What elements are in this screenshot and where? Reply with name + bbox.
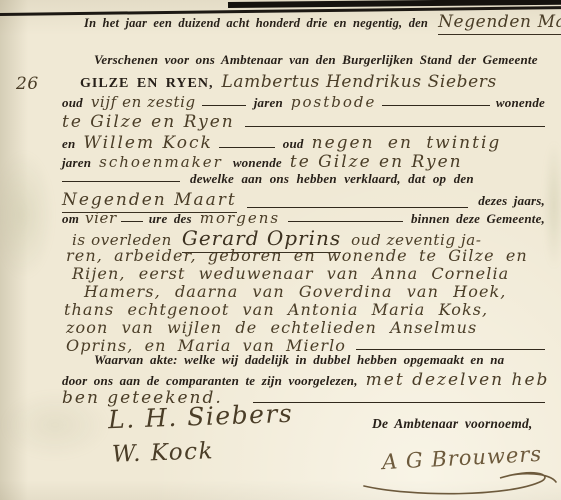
witness2-signature: W. Kock xyxy=(112,440,214,466)
year-line-printed: In het jaar een duizend acht honderd dri… xyxy=(84,16,428,31)
deceased-line6-hw: zoon van wijlen de echtelieden Anselmus xyxy=(66,318,477,337)
official-label: De Ambtenaar voornoemd, xyxy=(372,416,532,432)
deceased-detail-line: Rijen, eerst weduwenaar van Anna Corneli… xyxy=(72,264,509,283)
jaren-label: jaren xyxy=(254,95,283,111)
witness2-signature-text: W. Kock xyxy=(112,438,215,468)
declarant2-line: en Willem Kock oud negen en twintig xyxy=(62,133,545,153)
jaren-label2: jaren xyxy=(62,155,91,171)
oud-label: oud xyxy=(62,95,83,111)
act-number: 26 xyxy=(16,74,39,94)
declarant1-name-hw: Lambertus Hendrikus Siebers xyxy=(221,72,496,92)
bleedthrough-smudge xyxy=(0,150,54,280)
closing-hw1: met dezelven heb xyxy=(366,370,550,390)
declarant1-occupation-hw: postbode xyxy=(291,93,376,111)
dezes-jaars-printed: dezes jaars, xyxy=(478,193,545,209)
appeared-line: Verschenen voor ons Ambtenaar van den Bu… xyxy=(94,52,531,68)
closing-line-2: door ons aan de comparanten te zijn voor… xyxy=(62,370,545,390)
deceased-line3-hw: Rijen, eerst weduwenaar van Anna Corneli… xyxy=(72,264,509,283)
deceased-line4-hw: Hamers, daarna van Goverdina van Hoek, xyxy=(84,282,507,301)
en-label: en xyxy=(62,136,75,152)
hour-hw: vier xyxy=(85,209,117,227)
appeared-printed: Verschenen voor ons Ambtenaar van den Bu… xyxy=(94,52,538,68)
om-label: om xyxy=(62,211,79,227)
filler-rule xyxy=(247,207,468,208)
declarant2-age-hw: negen en twintig xyxy=(312,133,545,153)
daypart-hw: morgens xyxy=(200,209,280,227)
declarant2-occupation-hw: schoenmaker xyxy=(99,153,223,171)
year-line-date-hw: Negenden Maart xyxy=(438,12,561,35)
official-label-line: De Ambtenaar voornoemd, xyxy=(372,416,532,432)
declared-printed: dewelke aan ons hebben verklaard, dat op… xyxy=(190,171,545,187)
deceased-detail-line: zoon van wijlen de echtelieden Anselmus xyxy=(66,318,477,337)
death-record-scan: 26 In het jaar een duizend acht honderd … xyxy=(0,0,561,500)
ure-des-label: ure des xyxy=(149,211,192,227)
witness1-signature: L. H. Siebers xyxy=(108,402,293,431)
declarant2-residence-line: jaren schoenmaker wonende te Gilze en Ry… xyxy=(62,152,545,172)
declarant1-residence-hw: te Gilze en Ryen xyxy=(62,112,235,132)
year-line: In het jaar een duizend acht honderd dri… xyxy=(84,12,547,35)
wonende-label: wonende xyxy=(496,95,545,111)
margin-act-number: 26 xyxy=(16,74,39,94)
signature-flourish-svg xyxy=(362,466,558,496)
bleedthrough-smudge xyxy=(544,140,561,270)
declarant2-residence-hw: te Gilze en Ryen xyxy=(290,152,545,172)
filler-rule xyxy=(121,221,143,222)
deceased-line5-hw: thans echtgenoot van Antonia Maria Koks, xyxy=(64,300,488,319)
death-time-line: om vier ure des morgens binnen deze Geme… xyxy=(62,209,545,227)
closing-printed2: door ons aan de comparanten te zijn voor… xyxy=(62,373,358,389)
filler-rule xyxy=(245,126,545,127)
deceased-detail-line: ren, arbeider, geboren en wonende te Gil… xyxy=(66,246,528,265)
filler-rule xyxy=(202,105,246,106)
filler-rule xyxy=(62,181,180,182)
deceased-detail-line: thans echtgenoot van Antonia Maria Koks, xyxy=(64,300,488,319)
municipality: GILZE EN RYEN, xyxy=(80,76,213,92)
declared-line: dewelke aan ons hebben verklaard, dat op… xyxy=(62,171,545,187)
filler-rule xyxy=(219,147,275,148)
signature-flourish xyxy=(362,466,558,500)
witness1-signature-text: L. H. Siebers xyxy=(108,399,294,434)
binnen-printed: binnen deze Gemeente, xyxy=(411,211,545,227)
filler-rule xyxy=(253,402,545,403)
deceased-line2-hw: ren, arbeider, geboren en wonende te Gil… xyxy=(66,246,528,265)
oud-label2: oud xyxy=(283,136,304,152)
wonende-label2: wonende xyxy=(233,155,282,171)
filler-rule xyxy=(356,349,545,350)
declarant1-age-hw: vijf en zestig xyxy=(91,93,196,111)
deceased-detail-line: Hamers, daarna van Goverdina van Hoek, xyxy=(84,282,507,301)
closing-printed1: Waarvan akte: welke wij dadelijk in dubb… xyxy=(94,352,545,368)
municipality-declarant1-line: GILZE EN RYEN, Lambertus Hendrikus Siebe… xyxy=(80,72,503,92)
filler-rule xyxy=(382,105,490,106)
filler-rule xyxy=(288,221,403,222)
closing-line-1: Waarvan akte: welke wij dadelijk in dubb… xyxy=(94,352,545,368)
declarant1-residence-line: te Gilze en Ryen xyxy=(62,112,545,132)
declarant2-name-hw: Willem Kock xyxy=(83,133,212,153)
declarant1-age-occupation-line: oud vijf en zestig jaren postbode wonend… xyxy=(62,93,545,111)
